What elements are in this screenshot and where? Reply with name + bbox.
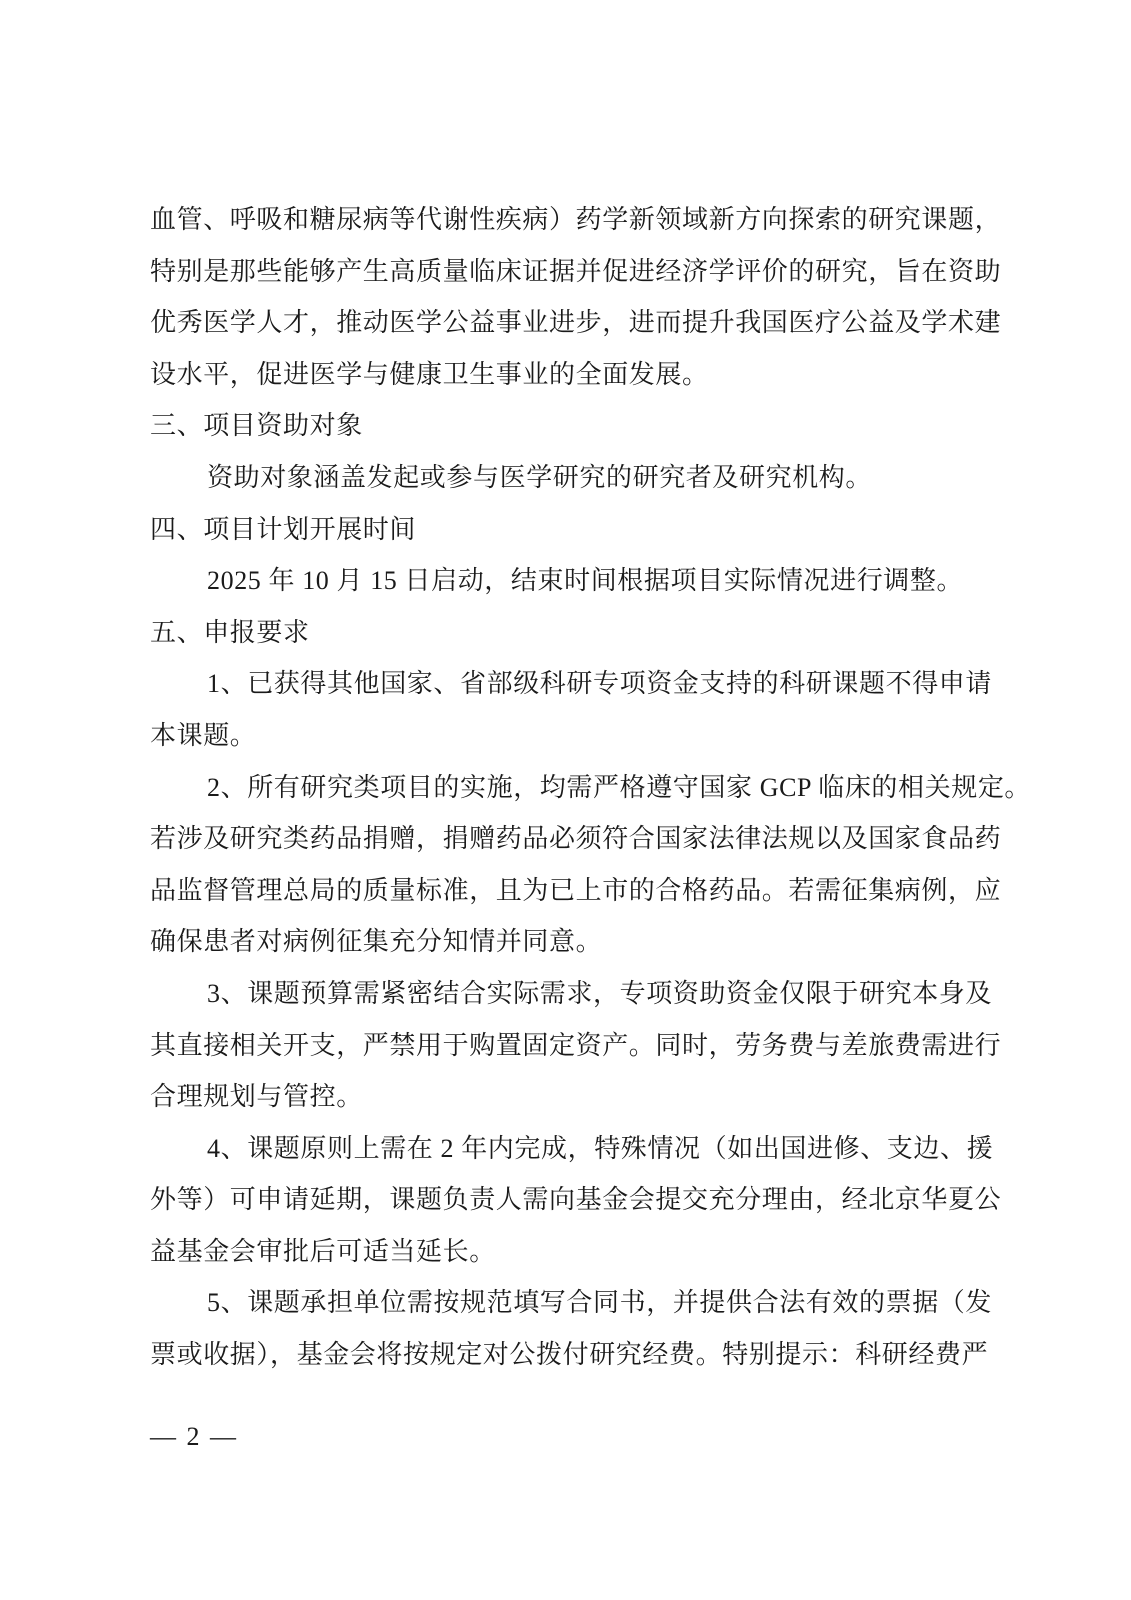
text-line: 优秀医学人才，推动医学公益事业进步，进而提升我国医疗公益及学术建 bbox=[150, 297, 990, 349]
document-body: 血管、呼吸和糖尿病等代谢性疾病）药学新领域新方向探索的研究课题，特别是那些能够产… bbox=[150, 194, 990, 1381]
page-footer: — 2 — bbox=[150, 1422, 238, 1452]
page-number: — 2 — bbox=[150, 1422, 238, 1451]
text-line: 本课题。 bbox=[150, 710, 990, 762]
text-line: 品监督管理总局的质量标准，且为已上市的合格药品。若需征集病例，应 bbox=[150, 865, 990, 917]
text-line: 4、课题原则上需在 2 年内完成，特殊情况（如出国进修、支边、援 bbox=[150, 1123, 990, 1175]
text-line: 3、课题预算需紧密结合实际需求，专项资助资金仅限于研究本身及 bbox=[150, 968, 990, 1020]
section-heading: 四、项目计划开展时间 bbox=[150, 504, 990, 556]
text-line: 确保患者对病例征集充分知情并同意。 bbox=[150, 916, 990, 968]
text-line: 若涉及研究类药品捐赠，捐赠药品必须符合国家法律法规以及国家食品药 bbox=[150, 813, 990, 865]
text-line: 1、已获得其他国家、省部级科研专项资金支持的科研课题不得申请 bbox=[150, 658, 990, 710]
text-line: 5、课题承担单位需按规范填写合同书，并提供合法有效的票据（发 bbox=[150, 1277, 990, 1329]
text-line: 益基金会审批后可适当延长。 bbox=[150, 1226, 990, 1278]
text-line: 2、所有研究类项目的实施，均需严格遵守国家 GCP 临床的相关规定。 bbox=[150, 762, 990, 814]
section-heading: 五、申报要求 bbox=[150, 607, 990, 659]
text-line: 合理规划与管控。 bbox=[150, 1071, 990, 1123]
text-line: 票或收据），基金会将按规定对公拨付研究经费。特别提示：科研经费严 bbox=[150, 1329, 990, 1381]
text-line: 特别是那些能够产生高质量临床证据并促进经济学评价的研究，旨在资助 bbox=[150, 246, 990, 298]
text-line: 资助对象涵盖发起或参与医学研究的研究者及研究机构。 bbox=[150, 452, 990, 504]
document-page: 血管、呼吸和糖尿病等代谢性疾病）药学新领域新方向探索的研究课题，特别是那些能够产… bbox=[0, 0, 1131, 1600]
section-heading: 三、项目资助对象 bbox=[150, 400, 990, 452]
text-line: 外等）可申请延期，课题负责人需向基金会提交充分理由，经北京华夏公 bbox=[150, 1174, 990, 1226]
text-line: 其直接相关开支，严禁用于购置固定资产。同时，劳务费与差旅费需进行 bbox=[150, 1020, 990, 1072]
text-line: 血管、呼吸和糖尿病等代谢性疾病）药学新领域新方向探索的研究课题， bbox=[150, 194, 990, 246]
text-line: 2025 年 10 月 15 日启动，结束时间根据项目实际情况进行调整。 bbox=[150, 555, 990, 607]
text-line: 设水平，促进医学与健康卫生事业的全面发展。 bbox=[150, 349, 990, 401]
